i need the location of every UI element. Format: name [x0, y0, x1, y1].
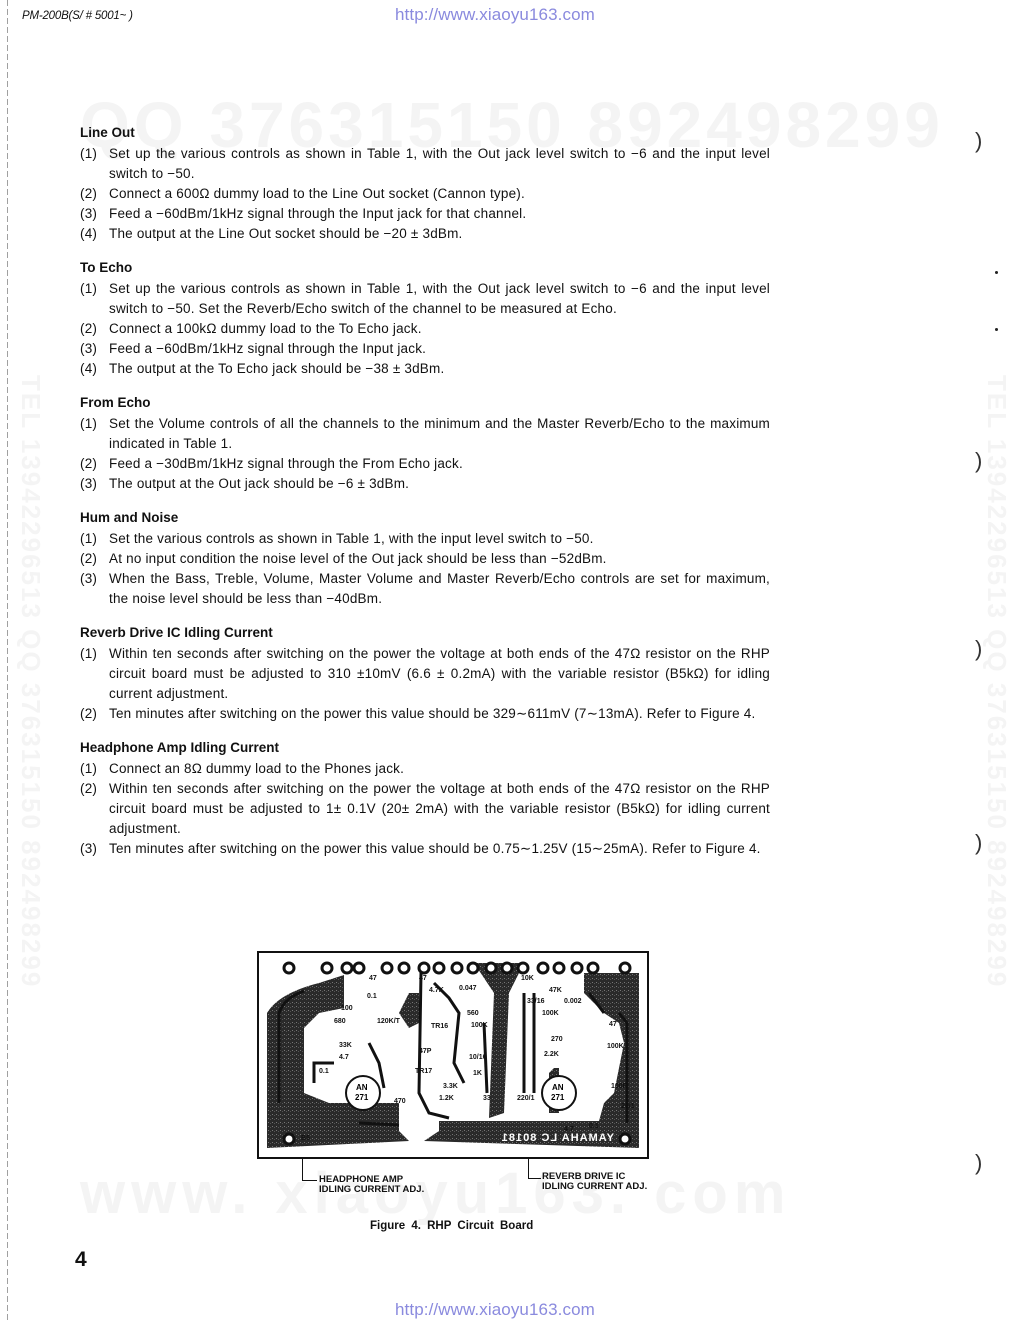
section-heading: To Echo: [80, 258, 770, 277]
source-url-bottom[interactable]: http://www.xiaoyu163.com: [395, 1300, 595, 1320]
step-text: Set the various controls as shown in Tab…: [109, 529, 770, 549]
step-text: Connect a 100kΩ dummy load to the To Ech…: [109, 319, 770, 339]
svg-text:270: 270: [551, 1036, 563, 1043]
section-heading: From Echo: [80, 393, 770, 412]
step-text: Set up the various controls as shown in …: [109, 279, 770, 319]
svg-text:47K: 47K: [549, 987, 562, 994]
procedure-step: (1)Set up the various controls as shown …: [80, 279, 770, 319]
step-text: Within ten seconds after switching on th…: [109, 779, 770, 839]
step-number: (3): [80, 839, 109, 859]
svg-text:271: 271: [551, 1093, 565, 1102]
section-to-echo: To Echo(1)Set up the various controls as…: [80, 258, 770, 379]
step-text: Set the Volume controls of all the chann…: [109, 414, 770, 454]
svg-text:AN: AN: [552, 1083, 564, 1092]
svg-text:0.1: 0.1: [589, 1123, 599, 1130]
step-number: (1): [80, 144, 109, 184]
svg-text:1.2K: 1.2K: [439, 1095, 454, 1102]
svg-text:470: 470: [394, 1098, 406, 1105]
svg-text:TR17: TR17: [415, 1068, 432, 1075]
procedure-step: (1)Within ten seconds after switching on…: [80, 644, 770, 704]
step-number: (2): [80, 319, 109, 339]
section-heading: Headphone Amp Idling Current: [80, 738, 770, 757]
step-text: Feed a −60dBm/1kHz signal through the In…: [109, 204, 770, 224]
figure-caption: Figure 4. RHP Circuit Board: [370, 1220, 533, 1232]
svg-text:680: 680: [334, 1018, 346, 1025]
procedure-step: (3)Feed a −60dBm/1kHz signal through the…: [80, 204, 770, 224]
step-number: (4): [80, 224, 109, 244]
procedure-step: (2)Within ten seconds after switching on…: [80, 779, 770, 839]
svg-text:560: 560: [467, 1010, 479, 1017]
svg-text:0.1: 0.1: [319, 1068, 329, 1075]
page-number: 4: [75, 1248, 87, 1272]
step-text: Feed a −30dBm/1kHz signal through the Fr…: [109, 454, 770, 474]
svg-text:47P: 47P: [419, 1048, 432, 1055]
svg-text:47: 47: [419, 975, 427, 982]
procedure-step: (3)The output at the Out jack should be …: [80, 474, 770, 494]
step-text: The output at the Line Out socket should…: [109, 224, 770, 244]
svg-text:33: 33: [483, 1095, 491, 1102]
step-text: Feed a −60dBm/1kHz signal through the In…: [109, 339, 770, 359]
step-number: (1): [80, 414, 109, 454]
step-number: (2): [80, 184, 109, 204]
step-text: When the Bass, Treble, Volume, Master Vo…: [109, 569, 770, 609]
step-number: (4): [80, 359, 109, 379]
circuit-board-drawing: AN 271 AN 271 470.1100 680120K/T33K 4.70…: [259, 953, 647, 1157]
step-text: Ten minutes after switching on the power…: [109, 839, 770, 859]
svg-text:B5: B5: [301, 1135, 310, 1142]
svg-text:47: 47: [369, 975, 377, 982]
source-url-top[interactable]: http://www.xiaoyu163.com: [395, 5, 595, 25]
rhp-circuit-board-figure: AN 271 AN 271 470.1100 680120K/T33K 4.70…: [257, 951, 649, 1159]
svg-text:120K/T: 120K/T: [377, 1018, 401, 1025]
procedure-step: (1)Set up the various controls as shown …: [80, 144, 770, 184]
svg-text:0.047: 0.047: [459, 985, 477, 992]
punch-hole-mark: ): [975, 128, 982, 154]
svg-text:YAMAHA LC 80181: YAMAHA LC 80181: [501, 1132, 614, 1144]
svg-text:10/16: 10/16: [469, 1054, 487, 1061]
procedure-step: (2)Ten minutes after switching on the po…: [80, 704, 770, 724]
speck: [995, 271, 998, 274]
model-header: PM-200B(S/ # 5001~ ): [22, 10, 133, 22]
svg-text:4.7: 4.7: [339, 1054, 349, 1061]
callout-reverb-drive-adj: REVERB DRIVE IC IDLING CURRENT ADJ.: [542, 1172, 647, 1192]
procedure-step: (1)Set the various controls as shown in …: [80, 529, 770, 549]
procedure-step: (1)Connect an 8Ω dummy load to the Phone…: [80, 759, 770, 779]
watermark-vertical-left: TEL 13942296513 QQ 376315150 892498299: [15, 375, 46, 988]
punch-hole-mark: ): [975, 636, 982, 662]
binding-edge-rule: [7, 0, 8, 1320]
speck: [995, 328, 998, 331]
punch-hole-mark: ): [975, 830, 982, 856]
step-number: (1): [80, 279, 109, 319]
svg-text:0.002: 0.002: [564, 998, 582, 1005]
step-text: Within ten seconds after switching on th…: [109, 644, 770, 704]
svg-text:100K: 100K: [471, 1022, 488, 1029]
step-text: Connect a 600Ω dummy load to the Line Ou…: [109, 184, 770, 204]
svg-text:100K: 100K: [607, 1043, 624, 1050]
step-number: (2): [80, 779, 109, 839]
procedure-step: (3)Feed a −60dBm/1kHz signal through the…: [80, 339, 770, 359]
svg-text:10K: 10K: [521, 975, 534, 982]
step-number: (1): [80, 644, 109, 704]
callout-leader-right: [528, 1158, 541, 1179]
step-number: (2): [80, 549, 109, 569]
svg-text:100K: 100K: [542, 1010, 559, 1017]
section-headphone-amp-idling-current: Headphone Amp Idling Current(1)Connect a…: [80, 738, 770, 859]
svg-text:100P: 100P: [611, 1083, 628, 1090]
section-heading: Reverb Drive IC Idling Current: [80, 623, 770, 642]
step-number: (2): [80, 704, 109, 724]
svg-text:20/1: 20/1: [621, 1103, 635, 1110]
procedure-step: (3)When the Bass, Treble, Volume, Master…: [80, 569, 770, 609]
procedure-step: (1)Set the Volume controls of all the ch…: [80, 414, 770, 454]
section-heading: Line Out: [80, 123, 770, 142]
step-number: (2): [80, 454, 109, 474]
svg-text:220/1: 220/1: [517, 1095, 535, 1102]
procedure-step: (4)The output at the To Echo jack should…: [80, 359, 770, 379]
procedure-step: (3)Ten minutes after switching on the po…: [80, 839, 770, 859]
procedure-step: (2)Connect a 600Ω dummy load to the Line…: [80, 184, 770, 204]
step-text: Ten minutes after switching on the power…: [109, 704, 770, 724]
punch-hole-mark: ): [975, 448, 982, 474]
procedure-content: Line Out(1)Set up the various controls a…: [80, 123, 770, 873]
step-number: (3): [80, 204, 109, 224]
procedure-step: (2)At no input condition the noise level…: [80, 549, 770, 569]
svg-text:3.3K: 3.3K: [443, 1083, 458, 1090]
svg-text:33/16: 33/16: [527, 998, 545, 1005]
section-line-out: Line Out(1)Set up the various controls a…: [80, 123, 770, 244]
step-number: (1): [80, 759, 109, 779]
step-number: (3): [80, 569, 109, 609]
section-hum-and-noise: Hum and Noise(1)Set the various controls…: [80, 508, 770, 609]
watermark-bottom: www. xiaoyu163. com: [80, 1160, 791, 1227]
svg-text:33K: 33K: [339, 1042, 352, 1049]
procedure-step: (2)Connect a 100kΩ dummy load to the To …: [80, 319, 770, 339]
watermark-vertical-right: TEL 13942296513 QQ 376315150 892498299: [981, 375, 1012, 988]
punch-hole-mark: ): [975, 1150, 982, 1176]
svg-text:100: 100: [341, 1005, 353, 1012]
svg-text:AN: AN: [356, 1083, 368, 1092]
procedure-step: (4)The output at the Line Out socket sho…: [80, 224, 770, 244]
callout-leader-left: [302, 1158, 317, 1181]
section-from-echo: From Echo(1)Set the Volume controls of a…: [80, 393, 770, 494]
svg-text:4.7K: 4.7K: [429, 987, 444, 994]
step-number: (1): [80, 529, 109, 549]
svg-text:47: 47: [609, 1021, 617, 1028]
step-number: (3): [80, 474, 109, 494]
step-text: Set up the various controls as shown in …: [109, 144, 770, 184]
svg-text:TR16: TR16: [431, 1023, 448, 1030]
svg-text:1K: 1K: [473, 1070, 482, 1077]
section-reverb-drive-ic-idling-current: Reverb Drive IC Idling Current(1)Within …: [80, 623, 770, 724]
section-heading: Hum and Noise: [80, 508, 770, 527]
svg-text:0.1: 0.1: [367, 993, 377, 1000]
svg-text:271: 271: [355, 1093, 369, 1102]
svg-text:2.2K: 2.2K: [544, 1051, 559, 1058]
step-text: The output at the Out jack should be −6 …: [109, 474, 770, 494]
step-number: (3): [80, 339, 109, 359]
step-text: Connect an 8Ω dummy load to the Phones j…: [109, 759, 770, 779]
procedure-step: (2)Feed a −30dBm/1kHz signal through the…: [80, 454, 770, 474]
step-text: The output at the To Echo jack should be…: [109, 359, 770, 379]
callout-headphone-amp-adj: HEADPHONE AMP IDLING CURRENT ADJ.: [319, 1175, 424, 1195]
step-text: At no input condition the noise level of…: [109, 549, 770, 569]
